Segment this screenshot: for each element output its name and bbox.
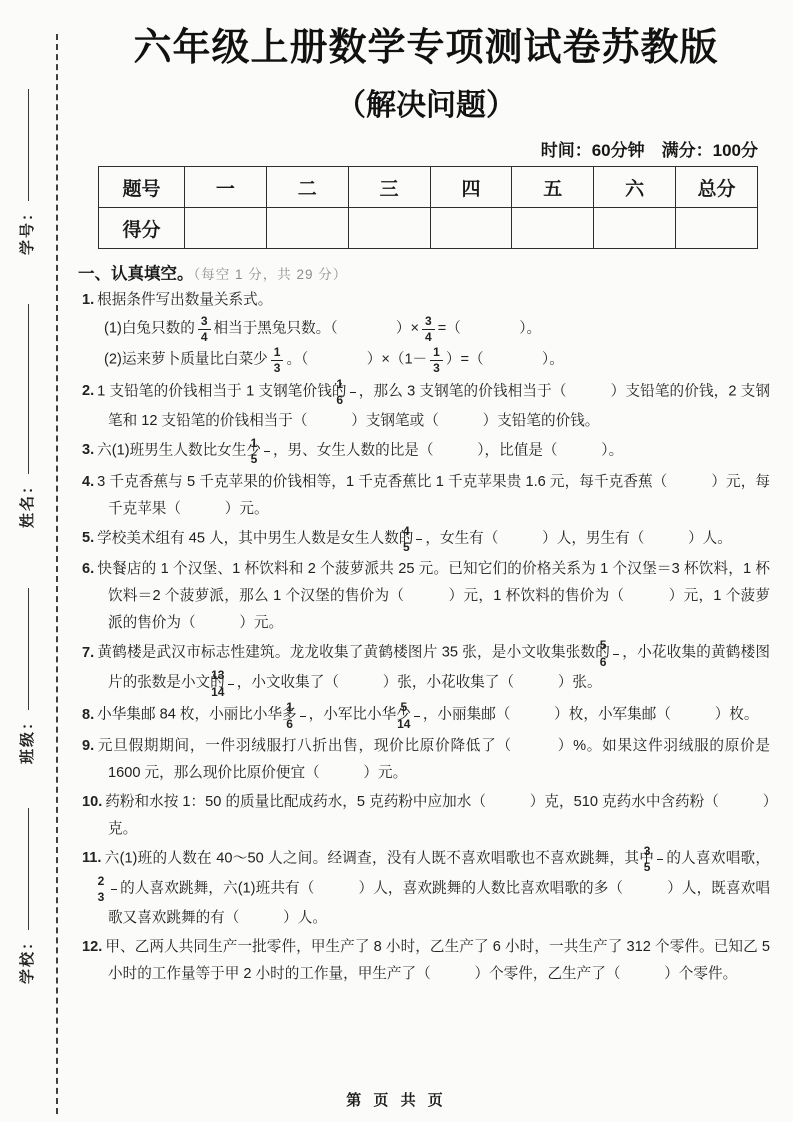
margin-field-blank-line [27, 808, 29, 930]
score-cell [512, 208, 594, 249]
question-8: 8.小华集邮 84 枚，小丽比小华多16，小军比小华少514，小丽集邮（ ）枚，… [82, 701, 770, 731]
question-number: 12. [82, 939, 105, 955]
fraction: 16 [350, 378, 356, 408]
question-line: 8.小华集邮 84 枚，小丽比小华多16，小军比小华少514，小丽集邮（ ）枚，… [82, 701, 770, 731]
fraction: 13 [271, 346, 284, 376]
score-table-col-header: 五 [512, 167, 594, 208]
question-line: 10.药粉和水按 1：50 的质量比配成药水，5 克药粉中应加水（ ）克，510… [82, 789, 770, 843]
question-number: 11. [82, 850, 104, 866]
question-6: 6.快餐店的 1 个汉堡、1 杯饮料和 2 个菠萝派共 25 元。已知它们的价格… [82, 556, 770, 637]
fraction: 16 [300, 701, 306, 731]
score-table-score-row: 得分 [99, 208, 758, 249]
margin-field-0: 学号： [16, 89, 37, 255]
score-table-col-header: 二 [266, 167, 348, 208]
score-table-row2-label: 得分 [99, 208, 185, 249]
question-11: 11.六(1)班的人数在 40～50 人之间。经调查，没有人既不喜欢唱歌也不喜欢… [82, 845, 770, 932]
section-1-points-note: （每空 1 分，共 29 分） [194, 267, 348, 282]
page-subtitle: （解决问题） [78, 80, 774, 124]
question-4: 4.3 千克香蕉与 5 千克苹果的价钱相等，1 千克香蕉比 1 千克苹果贵 1.… [82, 469, 770, 523]
score-table: 题号 一二三四五六总分 得分 [98, 166, 758, 249]
question-12: 12.甲、乙两人共同生产一批零件，甲生产了 8 小时，乙生产了 6 小时，一共生… [82, 934, 770, 988]
test-paper: 六年级上册数学专项测试卷苏教版 （解决问题） 时间：60分钟 满分：100分 题… [78, 16, 774, 988]
question-number: 9. [82, 738, 97, 754]
question-number: 5. [82, 530, 97, 546]
score-cell [348, 208, 430, 249]
question-2: 2.1 支铅笔的价钱相当于 1 支钢笔价钱的16，那么 3 支钢笔的价钱相当于（… [82, 378, 770, 435]
question-1: 1.根据条件写出数量关系式。(1)白兔只数的34相当于黑兔只数。（ ）×34=（… [82, 287, 770, 376]
question-line: 11.六(1)班的人数在 40～50 人之间。经调查，没有人既不喜欢唱歌也不喜欢… [82, 845, 770, 932]
question-7: 7.黄鹤楼是武汉市标志性建筑。龙龙收集了黄鹤楼图片 35 张，是小文收集张数的5… [82, 639, 770, 699]
section-1-heading-text: 一、认真填空。 [78, 265, 194, 283]
fraction: 35 [657, 845, 663, 875]
dashed-cut-line [56, 34, 58, 1114]
margin-field-blank-line [27, 304, 29, 474]
question-5: 5.学校美术组有 45 人，其中男生人数是女生人数的45，女生有（ ）人，男生有… [82, 525, 770, 555]
question-line: 3.六(1)班男生人数比女生少15，男、女生人数的比是（ ），比值是（ ）。 [82, 437, 770, 467]
question-number: 7. [82, 645, 97, 661]
question-number: 4. [82, 474, 97, 490]
question-10: 10.药粉和水按 1：50 的质量比配成药水，5 克药粉中应加水（ ）克，510… [82, 789, 770, 843]
question-number: 6. [82, 561, 97, 577]
question-9: 9.元旦假期期间，一件羽绒服打八折出售，现价比原价降低了（ ）%。如果这件羽绒服… [82, 733, 770, 787]
question-number: 3. [82, 442, 97, 458]
question-line: 2.1 支铅笔的价钱相当于 1 支钢笔价钱的16，那么 3 支钢笔的价钱相当于（… [82, 378, 770, 435]
score-table-col-header: 一 [185, 167, 267, 208]
score-cell [594, 208, 676, 249]
question-list: 1.根据条件写出数量关系式。(1)白兔只数的34相当于黑兔只数。（ ）×34=（… [78, 287, 770, 988]
score-table-col-header: 四 [430, 167, 512, 208]
question-number: 2. [82, 383, 97, 399]
fraction: 56 [613, 639, 619, 669]
question-subline: (2)运来萝卜质量比白菜少13。（ ）×（1－13）=（ ）。 [82, 346, 770, 376]
margin-field-label: 姓名： [19, 477, 36, 528]
question-3: 3.六(1)班男生人数比女生少15，男、女生人数的比是（ ），比值是（ ）。 [82, 437, 770, 467]
time-score-meta: 时间：60分钟 满分：100分 [78, 136, 774, 161]
margin-field-label: 学号： [19, 204, 36, 255]
margin-field-3: 学校： [16, 808, 37, 984]
question-line: 4.3 千克香蕉与 5 千克苹果的价钱相等，1 千克香蕉比 1 千克苹果贵 1.… [82, 469, 770, 523]
fraction: 34 [422, 315, 435, 345]
question-line: 1.根据条件写出数量关系式。 [82, 287, 770, 314]
section-1-heading: 一、认真填空。（每空 1 分，共 29 分） [78, 260, 774, 284]
fraction: 15 [264, 437, 270, 467]
score-table-col-header: 六 [594, 167, 676, 208]
margin-field-blank-line [27, 89, 29, 201]
fraction: 23 [111, 875, 117, 905]
question-number: 1. [82, 292, 97, 308]
question-number: 8. [82, 707, 97, 723]
score-table-col-header: 三 [348, 167, 430, 208]
margin-field-1: 姓名： [16, 304, 37, 528]
score-cell [185, 208, 267, 249]
score-table-col-header: 总分 [676, 167, 758, 208]
margin-field-2: 班级： [16, 588, 37, 764]
score-table-header-row: 题号 一二三四五六总分 [99, 167, 758, 208]
margin-field-label: 班级： [19, 713, 36, 764]
question-line: 6.快餐店的 1 个汉堡、1 杯饮料和 2 个菠萝派共 25 元。已知它们的价格… [82, 556, 770, 637]
score-cell [266, 208, 348, 249]
question-line: 7.黄鹤楼是武汉市标志性建筑。龙龙收集了黄鹤楼图片 35 张，是小文收集张数的5… [82, 639, 770, 699]
question-number: 10. [82, 794, 105, 810]
margin-field-blank-line [27, 588, 29, 710]
page-footer: 第 页 共 页 [0, 1089, 793, 1110]
question-line: 12.甲、乙两人共同生产一批零件，甲生产了 8 小时，乙生产了 6 小时，一共生… [82, 934, 770, 988]
fraction: 34 [198, 315, 211, 345]
fraction: 514 [414, 701, 420, 731]
margin-field-label: 学校： [19, 933, 36, 984]
score-cell [430, 208, 512, 249]
fraction: 13 [430, 346, 443, 376]
fraction: 45 [416, 525, 422, 555]
score-table-row1-label: 题号 [99, 167, 185, 208]
question-line: 9.元旦假期期间，一件羽绒服打八折出售，现价比原价降低了（ ）%。如果这件羽绒服… [82, 733, 770, 787]
score-cell [676, 208, 758, 249]
fraction: 1314 [228, 669, 234, 699]
question-subline: (1)白兔只数的34相当于黑兔只数。（ ）×34=（ ）。 [82, 315, 770, 345]
page-title: 六年级上册数学专项测试卷苏教版 [78, 16, 774, 71]
question-line: 5.学校美术组有 45 人，其中男生人数是女生人数的45，女生有（ ）人，男生有… [82, 525, 770, 555]
